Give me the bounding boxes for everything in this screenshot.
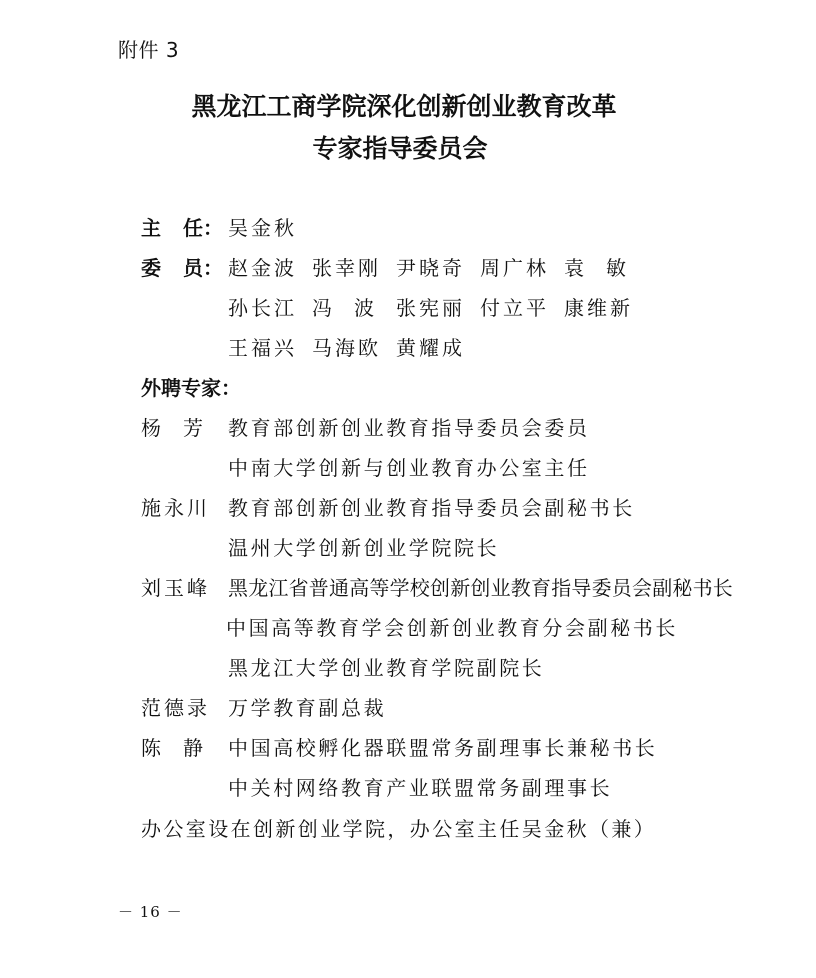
document-title-line1: 黑龙江工商学院深化创新创业教育改革 xyxy=(0,91,812,123)
member-name: 袁敏 xyxy=(564,254,648,282)
expert-title: 黑龙江大学创业教育学院副院长 xyxy=(228,654,544,682)
members-row-2: 孙长江冯波张宪丽付立平康维新 xyxy=(228,294,648,322)
members-row-3: 王福兴马海欧黄耀成 xyxy=(228,334,480,362)
members-label: 委员： xyxy=(141,254,228,282)
expert-title: 中关村网络教育产业联盟常务副理事长 xyxy=(228,774,612,802)
member-name: 马海欧 xyxy=(312,334,396,362)
expert-title: 中南大学创新与创业教育办公室主任 xyxy=(228,454,590,482)
page-number: － 16 － xyxy=(118,900,183,924)
expert-name: 刘玉峰 xyxy=(141,574,210,602)
member-name: 康维新 xyxy=(564,294,648,322)
expert-name: 施永川 xyxy=(141,494,210,522)
director-name: 吴金秋 xyxy=(228,214,312,242)
director-label: 主任： xyxy=(141,214,228,242)
attachment-label: 附件 3 xyxy=(118,36,179,64)
member-name: 张宪丽 xyxy=(396,294,480,322)
member-name: 周广林 xyxy=(480,254,564,282)
expert-title: 中国高等教育学会创新创业教育分会副秘书长 xyxy=(226,614,678,642)
member-name: 王福兴 xyxy=(228,334,312,362)
expert-title: 中国高校孵化器联盟常务副理事长兼秘书长 xyxy=(228,734,657,762)
expert-name: 范德录 xyxy=(141,694,210,722)
member-name: 付立平 xyxy=(480,294,564,322)
document-page: 附件 3 黑龙江工商学院深化创新创业教育改革 专家指导委员会 主任： 吴金秋 委… xyxy=(0,0,816,978)
member-name: 黄耀成 xyxy=(396,334,480,362)
member-name: 赵金波 xyxy=(228,254,312,282)
director-row: 主任： 吴金秋 xyxy=(141,214,312,242)
document-title-line2: 专家指导委员会 xyxy=(0,133,808,165)
expert-name: 陈静 xyxy=(141,734,203,762)
expert-title: 温州大学创新创业学院院长 xyxy=(228,534,499,562)
expert-title: 黑龙江省普通高等学校创新创业教育指导委员会副秘书长 xyxy=(228,574,733,602)
member-name: 孙长江 xyxy=(228,294,312,322)
expert-name: 杨芳 xyxy=(141,414,203,442)
expert-title: 教育部创新创业教育指导委员会委员 xyxy=(228,414,590,442)
expert-title: 教育部创新创业教育指导委员会副秘书长 xyxy=(228,494,635,522)
member-name: 尹晓奇 xyxy=(396,254,480,282)
expert-title: 万学教育副总裁 xyxy=(228,694,386,722)
external-experts-heading: 外聘专家： xyxy=(141,374,241,402)
member-name: 张幸刚 xyxy=(312,254,396,282)
members-row-1: 委员： 赵金波张幸刚尹晓奇周广林袁敏 xyxy=(141,254,648,282)
office-note: 办公室设在创新创业学院，办公室主任吴金秋（兼） xyxy=(141,815,656,843)
member-name: 冯波 xyxy=(312,294,396,322)
